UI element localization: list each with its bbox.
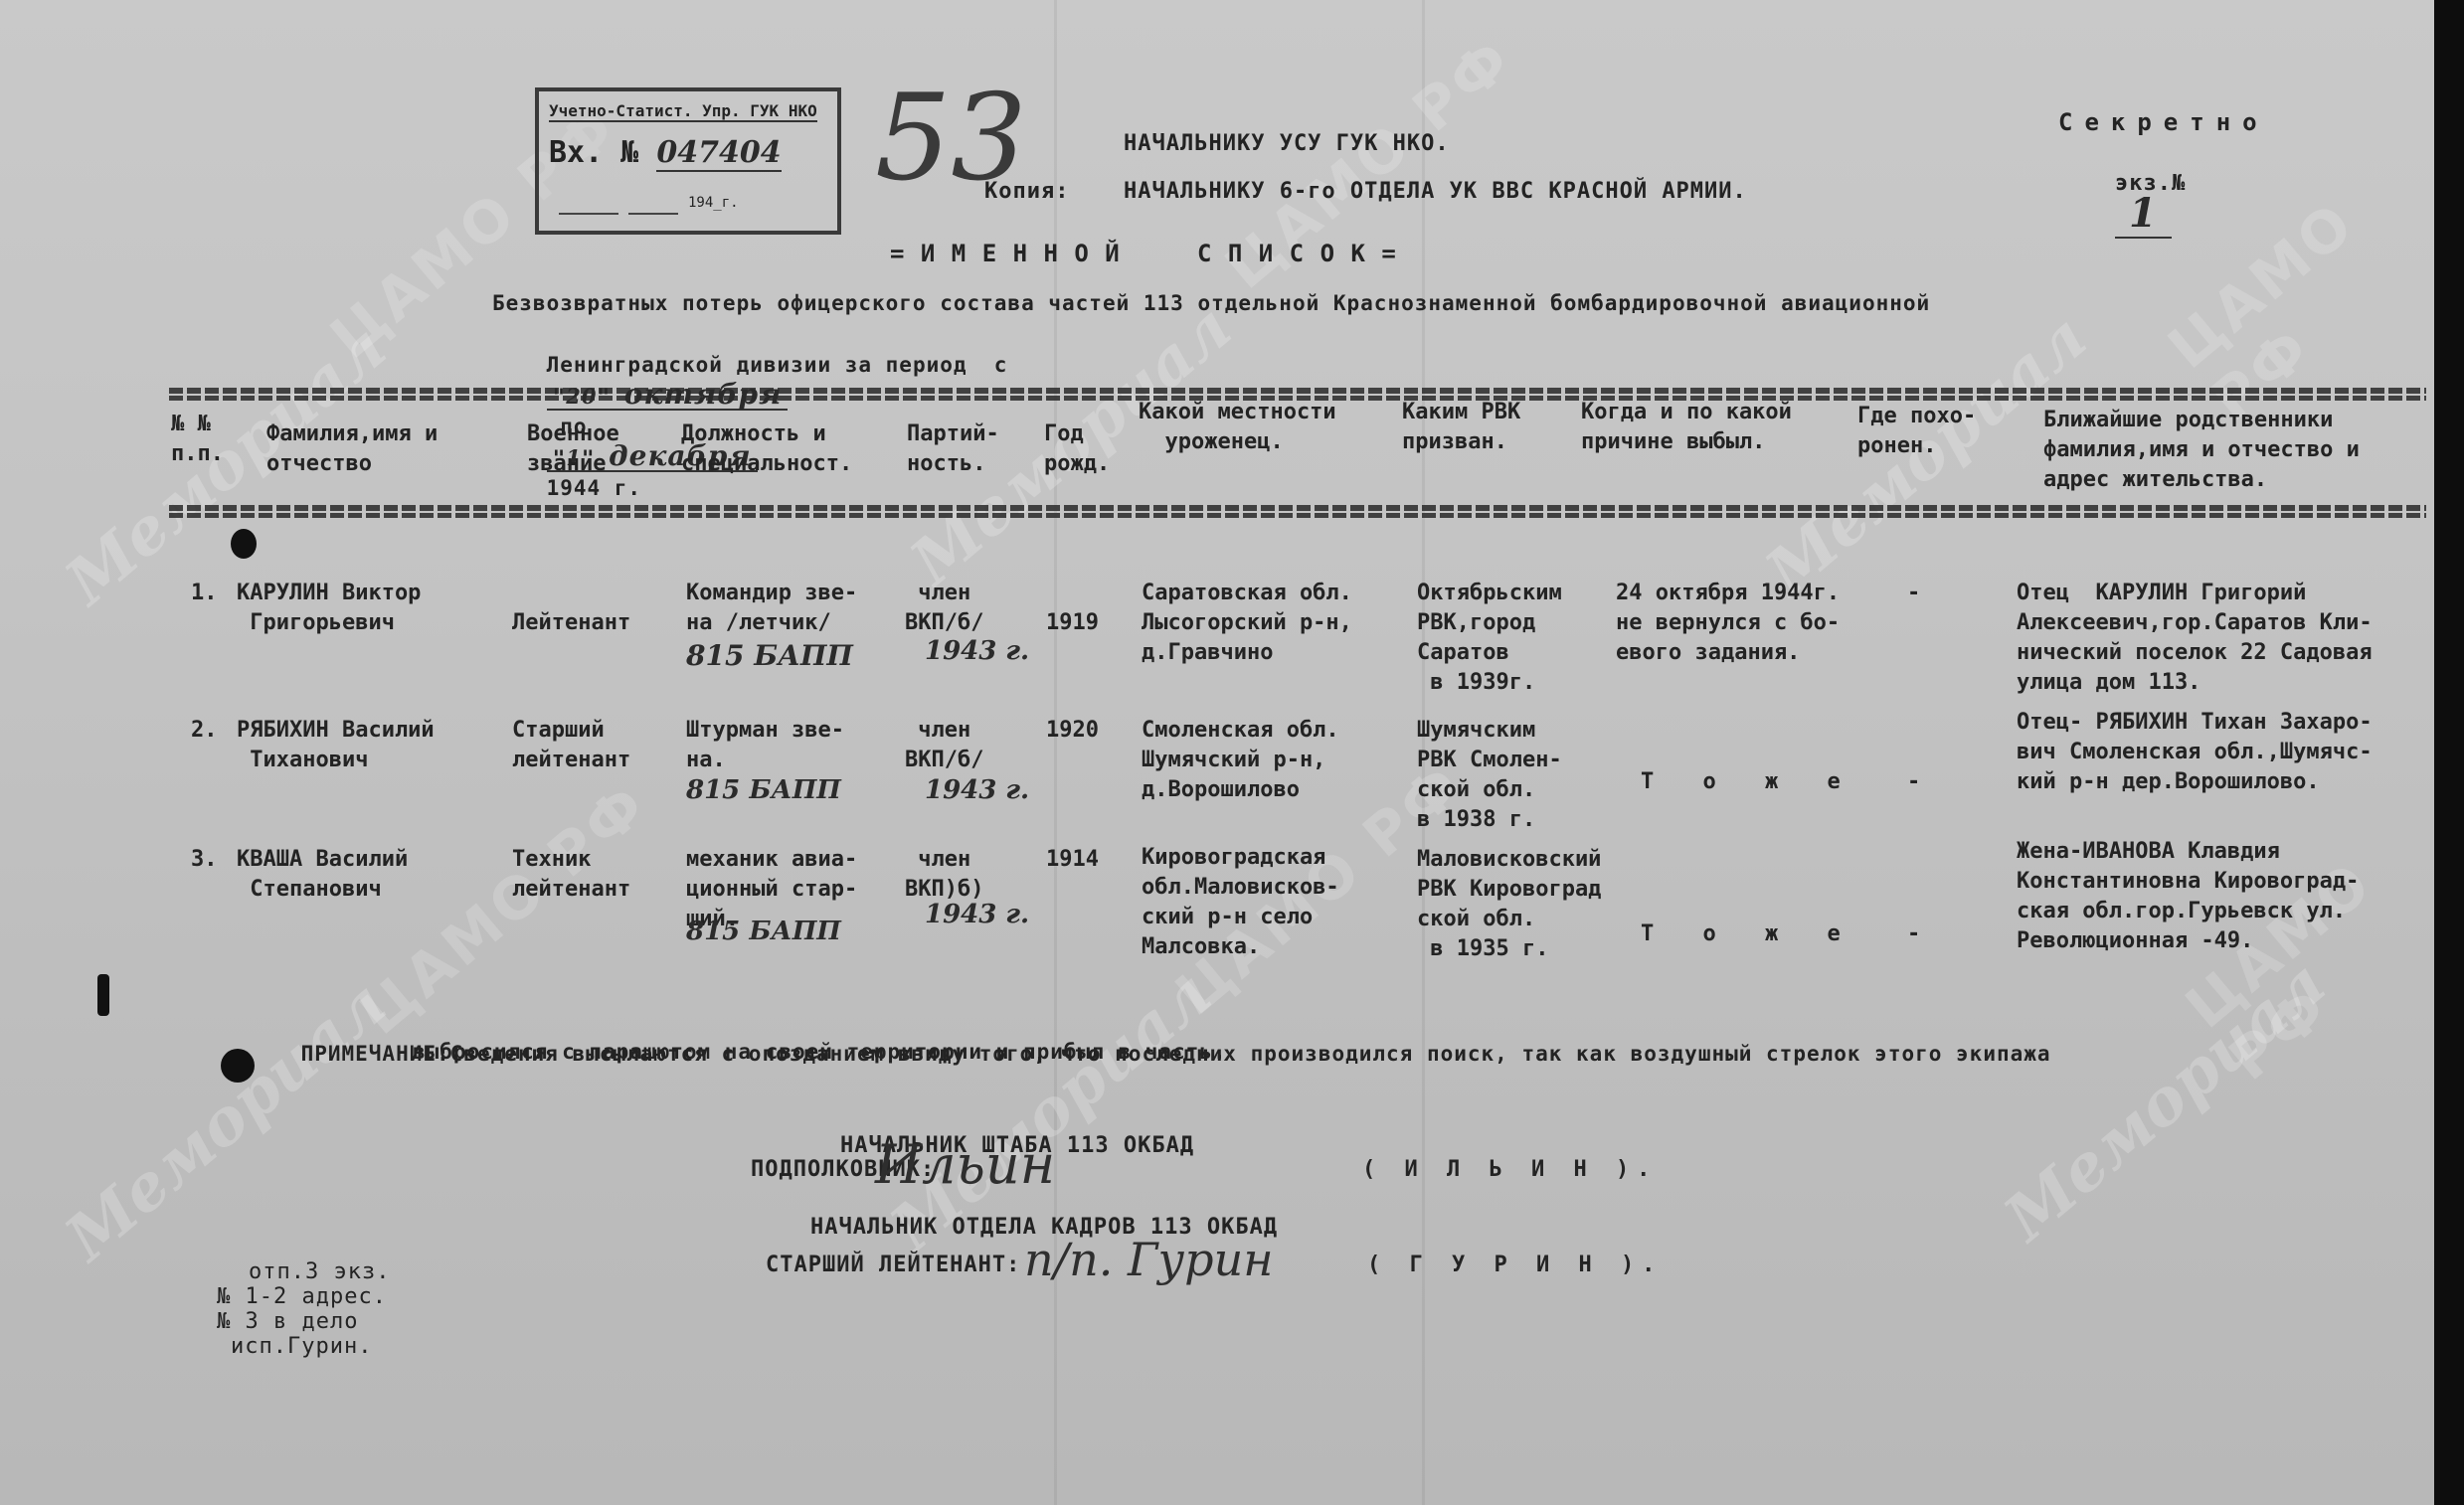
header-origin: Какой местности уроженец. xyxy=(1139,398,1336,457)
header-number: № № п.п. xyxy=(171,410,224,469)
row-number: 3. xyxy=(191,845,218,875)
row-rvk: Маловисковский РВК Кировоград ской обл. … xyxy=(1417,845,1601,964)
row-party-handwritten: 1943 г. xyxy=(925,900,1029,929)
row-party-handwritten: 1943 г. xyxy=(925,636,1029,666)
stamp-year: 194_г. xyxy=(688,195,739,211)
row-birth-year: 1914 xyxy=(1046,845,1099,875)
row-position-handwritten: 815 БАПП xyxy=(686,775,841,805)
header-when-why: Когда и по какой причине выбыл. xyxy=(1581,398,1792,457)
addressee-copy-label: Копия: xyxy=(984,177,1069,207)
row-relatives: Жена-ИВАНОВА Клавдия Константиновна Киро… xyxy=(2017,837,2359,956)
period-prefix: Ленинградской дивизии за период с xyxy=(547,353,1022,377)
header-buried: Где похо- ронен. xyxy=(1857,402,1976,461)
signature-1-name: ( И Л Ь И Н ). xyxy=(1362,1155,1658,1185)
copy-number-field: экз.№ 1 xyxy=(2058,139,2186,265)
row-position: Командир зве- на /летчик/ xyxy=(686,579,857,638)
row-party: член ВКП/б/ xyxy=(905,716,983,775)
row-number: 1. xyxy=(191,579,218,608)
header-rank: Военное звание xyxy=(527,419,619,479)
document-subtitle-line1: Безвозвратных потерь офицерского состава… xyxy=(492,288,1930,318)
header-relatives: Ближайшие родственники фамилия,имя и отч… xyxy=(2043,406,2360,495)
ink-blot xyxy=(221,1049,255,1083)
copy-number: 1 xyxy=(2115,190,2172,239)
ink-mark xyxy=(97,974,109,1016)
registration-stamp: Учетно-Статист. Упр. ГУК НКО Вх. № 04740… xyxy=(535,87,841,235)
addressee-copy: НАЧАЛЬНИКУ 6-го ОТДЕЛА УК ВВС КРАСНОЙ АР… xyxy=(1124,177,1747,207)
row-origin: Саратовская обл. Лысогорский р-н, д.Грав… xyxy=(1142,579,1352,668)
signature-2-rank: СТАРШИЙ ЛЕЙТЕНАНТ: xyxy=(766,1251,1020,1280)
table-header-rule xyxy=(169,505,2426,511)
row-party: член ВКП)б) xyxy=(905,845,983,905)
row-buried: - xyxy=(1907,579,1920,608)
row-when-why: Т о ж е xyxy=(1641,767,1858,797)
watermark-memorial: Мемориал xyxy=(1991,946,2340,1255)
row-number: 2. xyxy=(191,716,218,746)
header-position: Должность и специальност. xyxy=(681,419,852,479)
document-title: = И М Е Н Н О Й С П И С О К = xyxy=(890,239,1397,268)
period-from-month: октября xyxy=(624,378,783,411)
period-year: 1944 г. xyxy=(547,476,642,500)
row-name: КВАША Василий Степанович xyxy=(237,845,408,905)
row-origin: Смоленская обл. Шумячский р-н, д.Ворошил… xyxy=(1142,716,1339,805)
row-name: КАРУЛИН Виктор Григорьевич xyxy=(237,579,421,638)
row-when-why: 24 октября 1944г. не вернулся с бо- евог… xyxy=(1616,579,1840,668)
row-rank: Лейтенант xyxy=(512,579,630,638)
stamp-incoming-label: Вх. № xyxy=(549,135,638,170)
header-party: Партий- ность. xyxy=(907,419,999,479)
addressee-main: НАЧАЛЬНИКУ УСУ ГУК НКО. xyxy=(1124,129,1450,159)
row-buried: - xyxy=(1907,767,1920,797)
row-position-handwritten: 815 БАПП xyxy=(686,917,841,946)
header-birth-year: Год рожд. xyxy=(1044,419,1110,479)
stamp-incoming-number: 047404 xyxy=(656,135,781,172)
row-birth-year: 1919 xyxy=(1046,579,1099,638)
row-position-handwritten: 815 БАПП xyxy=(686,641,853,671)
signature-1-handwritten: Ильин xyxy=(875,1133,1055,1196)
row-when-why: Т о ж е xyxy=(1641,920,1858,949)
distribution-line4: исп.Гурин. xyxy=(231,1332,372,1362)
row-rvk: Шумячским РВК Смолен- ской обл. в 1938 г… xyxy=(1417,716,1562,835)
row-buried: - xyxy=(1907,920,1920,949)
row-birth-year: 1920 xyxy=(1046,716,1099,746)
header-name: Фамилия,имя и отчество xyxy=(266,419,438,479)
ink-blot xyxy=(231,529,257,559)
row-party: член ВКП/б/ xyxy=(905,579,983,638)
archival-document-page: ЦАМО РФ ЦАМО РФ ЦАМО РФ ЦАМО РФ ЦАМО РФ … xyxy=(0,0,2434,1505)
row-party-handwritten: 1943 г. xyxy=(925,775,1029,805)
row-position: Штурман зве- на. xyxy=(686,716,844,775)
stamp-org: Учетно-Статист. Упр. ГУК НКО xyxy=(549,101,817,122)
row-origin: Кировоградская обл.Маловисков- ский р-н … xyxy=(1142,843,1339,962)
row-rank: Старший лейтенант xyxy=(512,716,630,775)
signature-2-name: ( Г У Р И Н ). xyxy=(1367,1251,1663,1280)
classification-label: Секретно xyxy=(2058,107,2269,137)
row-relatives: Отец КАРУЛИН Григорий Алексеевич,гор.Сар… xyxy=(2017,579,2373,698)
row-name: РЯБИХИН Василий Тиханович xyxy=(237,716,435,775)
header-rvk: Каким РВК призван. xyxy=(1402,398,1520,457)
row-rank: Техник лейтенант xyxy=(512,845,630,905)
row-rvk: Октябрьским РВК,город Саратов в 1939г. xyxy=(1417,579,1562,698)
signature-2-handwritten: п/п. Гурин xyxy=(1024,1233,1274,1286)
stamp-incoming: Вх. № 047404 xyxy=(549,135,782,170)
table-top-rule xyxy=(169,388,2426,394)
note-line2: выбросился с парашютом на своей территор… xyxy=(413,1037,1227,1067)
watermark-tsamo: ЦАМО РФ xyxy=(348,769,661,1048)
row-relatives: Отец- РЯБИХИН Тихан Захаро- вич Смоленск… xyxy=(2017,708,2373,797)
scan-edge xyxy=(2434,0,2464,1505)
